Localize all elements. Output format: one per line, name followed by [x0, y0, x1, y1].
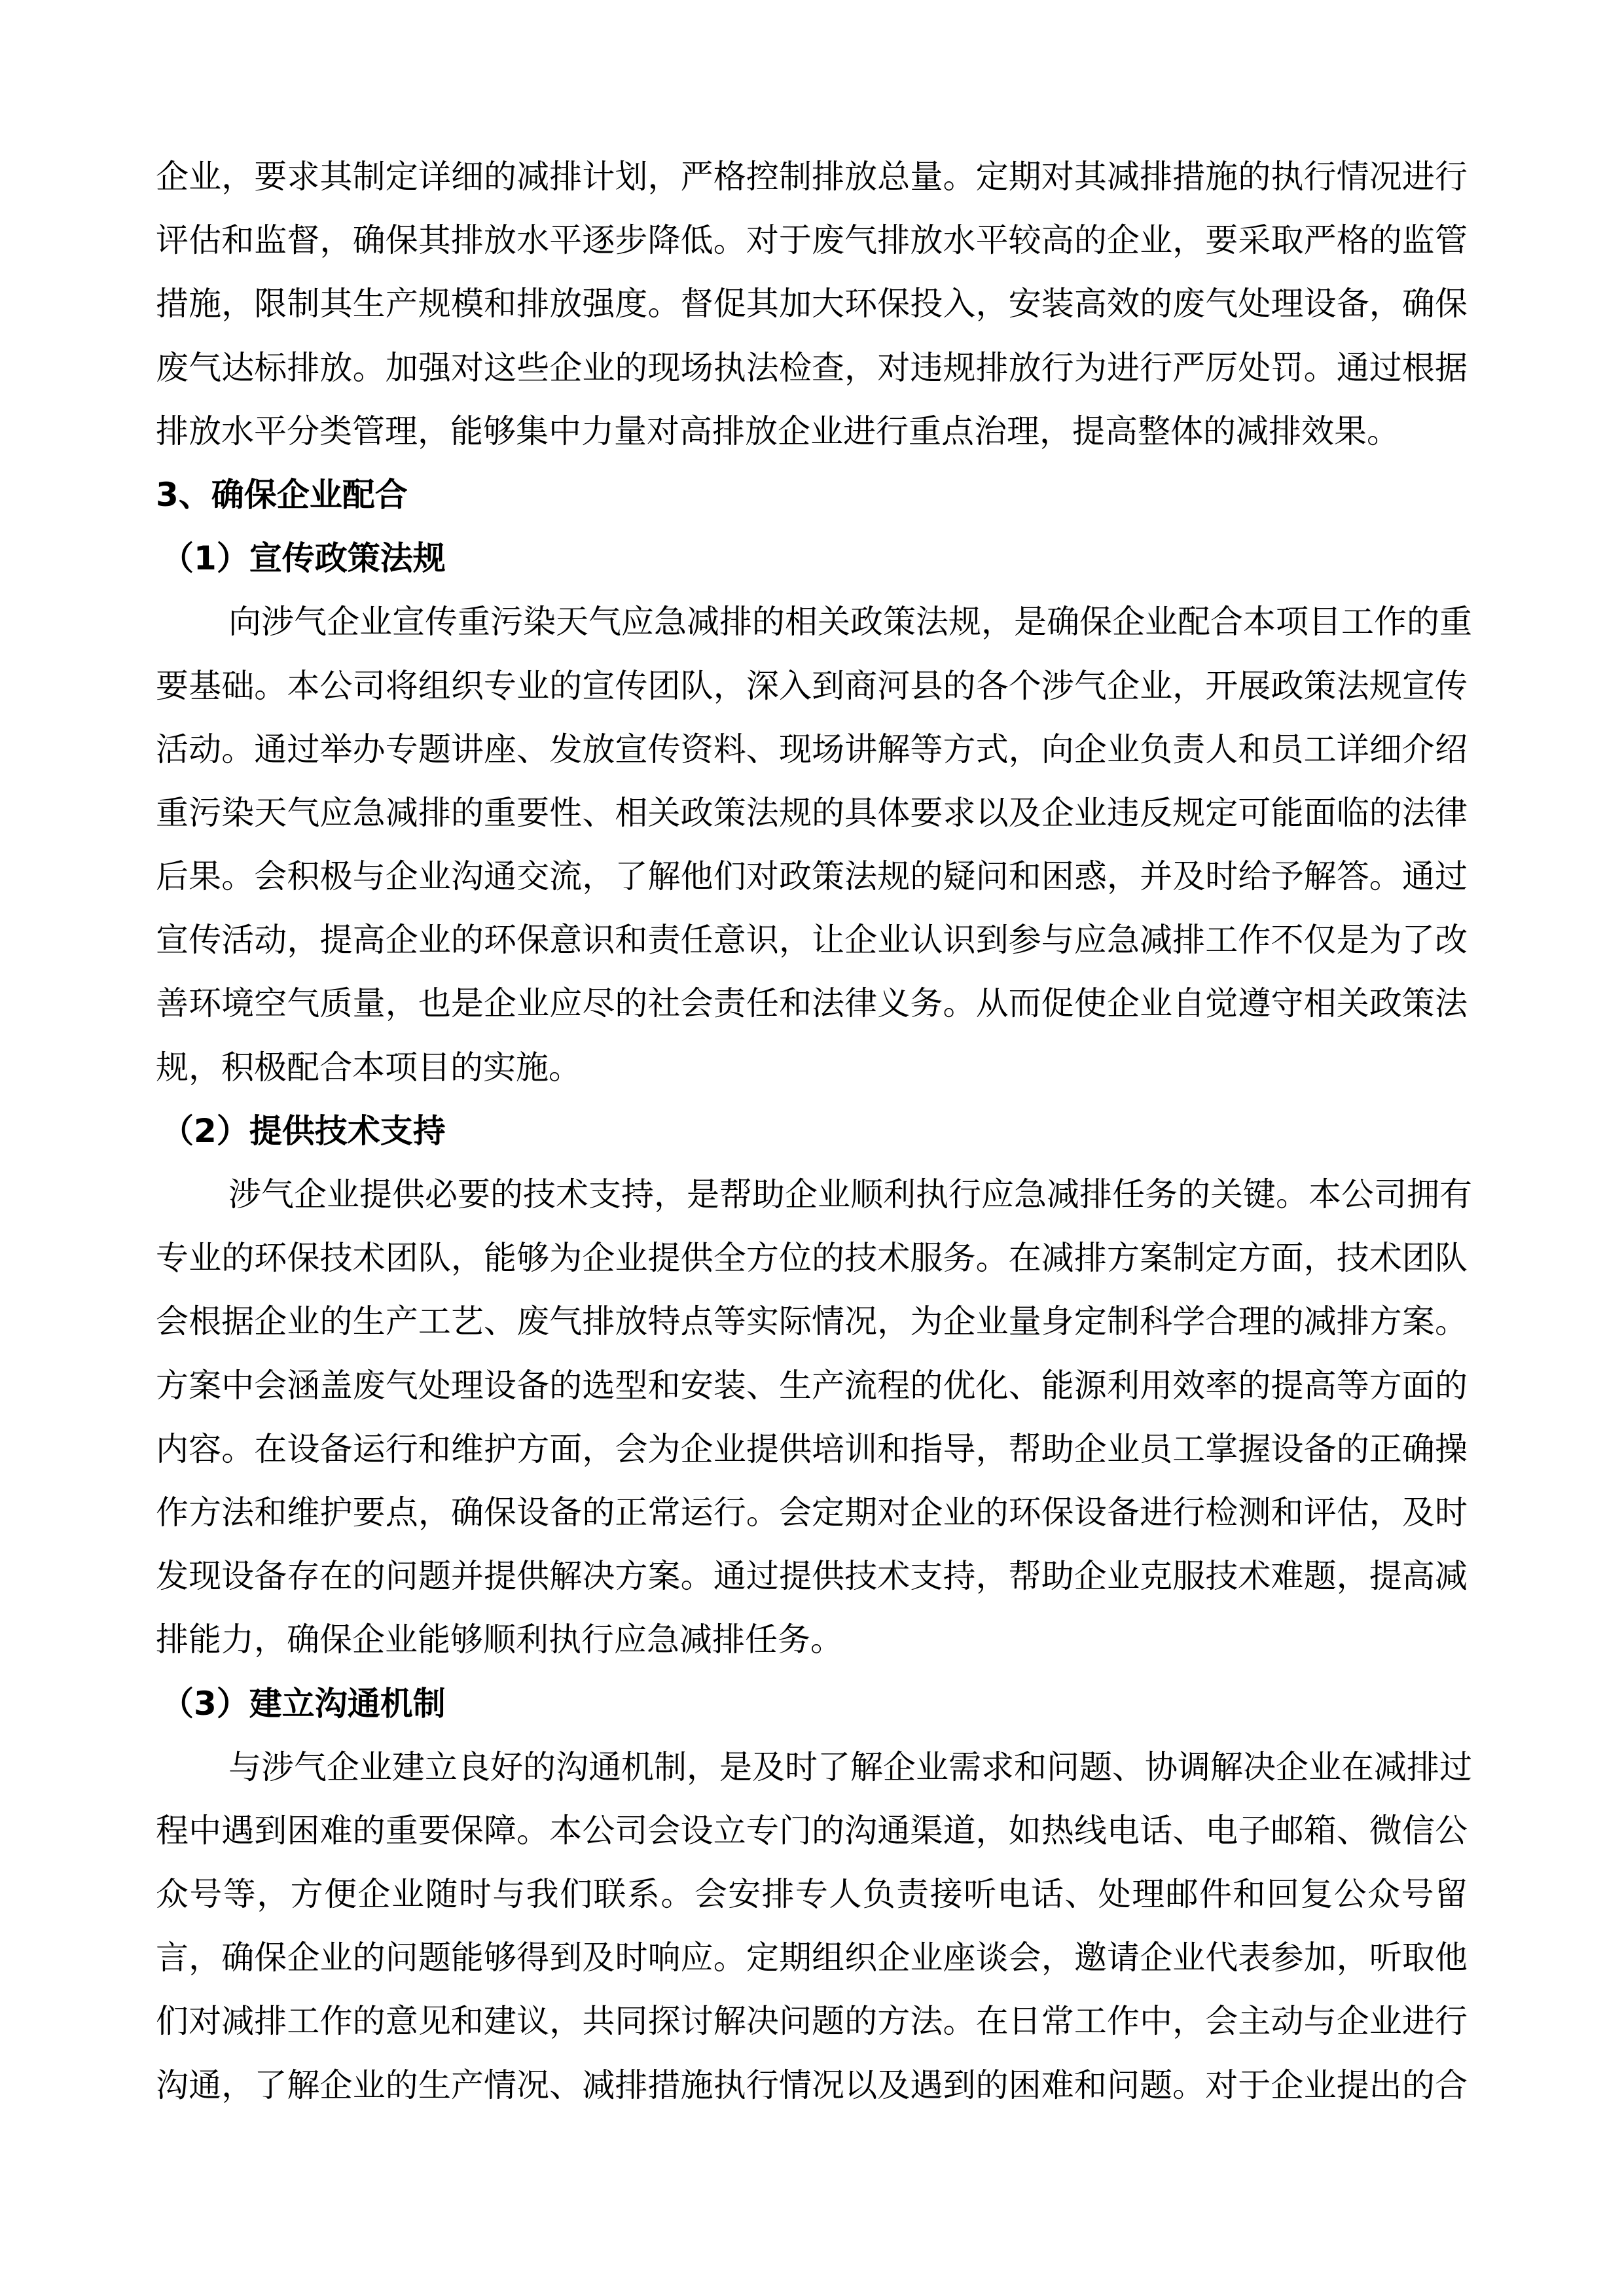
document-page: 企业，要求其制定详细的减排计划，严格控制排放总量。定期对其减排措施的执行情况进行…: [0, 0, 1624, 2296]
paragraph-line: 活动。通过举办专题讲座、发放宣传资料、现场讲解等方式，向企业负责人和员工详细介绍: [156, 718, 1468, 781]
paragraph-line: 善环境空气质量，也是企业应尽的社会责任和法律义务。从而促使企业自觉遵守相关政策法: [156, 972, 1468, 1035]
paragraph-line: 方案中会涵盖废气处理设备的选型和安装、生产流程的优化、能源利用效率的提高等方面的: [156, 1354, 1468, 1418]
paragraph-line: 措施，限制其生产规模和排放强度。督促其加大环保投入，安装高效的废气处理设备，确保: [156, 272, 1468, 336]
paragraph-line: 排能力，确保企业能够顺利执行应急减排任务。: [156, 1608, 1468, 1672]
paragraph-line: 发现设备存在的问题并提供解决方案。通过提供技术支持，帮助企业克服技术难题，提高减: [156, 1545, 1468, 1608]
paragraph-line: 废气达标排放。加强对这些企业的现场执法检查，对违规排放行为进行严厉处罚。通过根据: [156, 336, 1468, 400]
paragraph-line: 评估和监督，确保其排放水平逐步降低。对于废气排放水平较高的企业，要采取严格的监管: [156, 209, 1468, 272]
paragraph-line: 言，确保企业的问题能够得到及时响应。定期组织企业座谈会，邀请企业代表参加，听取他: [156, 1926, 1468, 1990]
paragraph-line: 作方法和维护要点，确保设备的正常运行。会定期对企业的环保设备进行检测和评估，及时: [156, 1481, 1468, 1545]
paragraph-line: 宣传活动，提高企业的环保意识和责任意识，让企业认识到参与应急减排工作不仅是为了改: [156, 908, 1468, 972]
paragraph-line: 后果。会积极与企业沟通交流，了解他们对政策法规的疑问和困惑，并及时给予解答。通过: [156, 845, 1468, 908]
subsection-heading: （3）建立沟通机制: [156, 1672, 1468, 1736]
paragraph-line: 众号等，方便企业随时与我们联系。会安排专人负责接听电话、处理邮件和回复公众号留: [156, 1863, 1468, 1926]
paragraph-emission-classification: 企业，要求其制定详细的减排计划，严格控制排放总量。定期对其减排措施的执行情况进行…: [156, 145, 1468, 463]
paragraph-policy-promotion: 向涉气企业宣传重污染天气应急减排的相关政策法规，是确保企业配合本项目工作的重 要…: [156, 590, 1468, 1100]
paragraph-line: 与涉气企业建立良好的沟通机制，是及时了解企业需求和问题、协调解决企业在减排过: [156, 1736, 1468, 1799]
section-heading: 3、确保企业配合: [156, 463, 1468, 527]
paragraph-line: 要基础。本公司将组织专业的宣传团队，深入到商河县的各个涉气企业，开展政策法规宣传: [156, 655, 1468, 718]
paragraph-line: 们对减排工作的意见和建议，共同探讨解决问题的方法。在日常工作中，会主动与企业进行: [156, 1990, 1468, 2053]
document-body: 企业，要求其制定详细的减排计划，严格控制排放总量。定期对其减排措施的执行情况进行…: [156, 145, 1468, 2117]
paragraph-line: 会根据企业的生产工艺、废气排放特点等实际情况，为企业量身定制科学合理的减排方案。: [156, 1290, 1468, 1354]
subsection-heading: （2）提供技术支持: [156, 1100, 1468, 1163]
paragraph-technical-support: 涉气企业提供必要的技术支持，是帮助企业顺利执行应急减排任务的关键。本公司拥有 专…: [156, 1163, 1468, 1672]
subsection-heading: （1）宣传政策法规: [156, 527, 1468, 590]
paragraph-line: 企业，要求其制定详细的减排计划，严格控制排放总量。定期对其减排措施的执行情况进行: [156, 145, 1468, 209]
paragraph-line: 沟通，了解企业的生产情况、减排措施执行情况以及遇到的困难和问题。对于企业提出的合: [156, 2054, 1468, 2117]
paragraph-line: 规，积极配合本项目的实施。: [156, 1036, 1468, 1100]
paragraph-line: 向涉气企业宣传重污染天气应急减排的相关政策法规，是确保企业配合本项目工作的重: [156, 590, 1468, 654]
paragraph-line: 程中遇到困难的重要保障。本公司会设立专门的沟通渠道，如热线电话、电子邮箱、微信公: [156, 1799, 1468, 1863]
paragraph-line: 专业的环保技术团队，能够为企业提供全方位的技术服务。在减排方案制定方面，技术团队: [156, 1227, 1468, 1290]
paragraph-line: 涉气企业提供必要的技术支持，是帮助企业顺利执行应急减排任务的关键。本公司拥有: [156, 1163, 1468, 1227]
paragraph-communication-mechanism: 与涉气企业建立良好的沟通机制，是及时了解企业需求和问题、协调解决企业在减排过 程…: [156, 1736, 1468, 2117]
paragraph-line: 排放水平分类管理，能够集中力量对高排放企业进行重点治理，提高整体的减排效果。: [156, 400, 1468, 463]
paragraph-line: 重污染天气应急减排的重要性、相关政策法规的具体要求以及企业违反规定可能面临的法律: [156, 781, 1468, 845]
paragraph-line: 内容。在设备运行和维护方面，会为企业提供培训和指导，帮助企业员工掌握设备的正确操: [156, 1418, 1468, 1481]
